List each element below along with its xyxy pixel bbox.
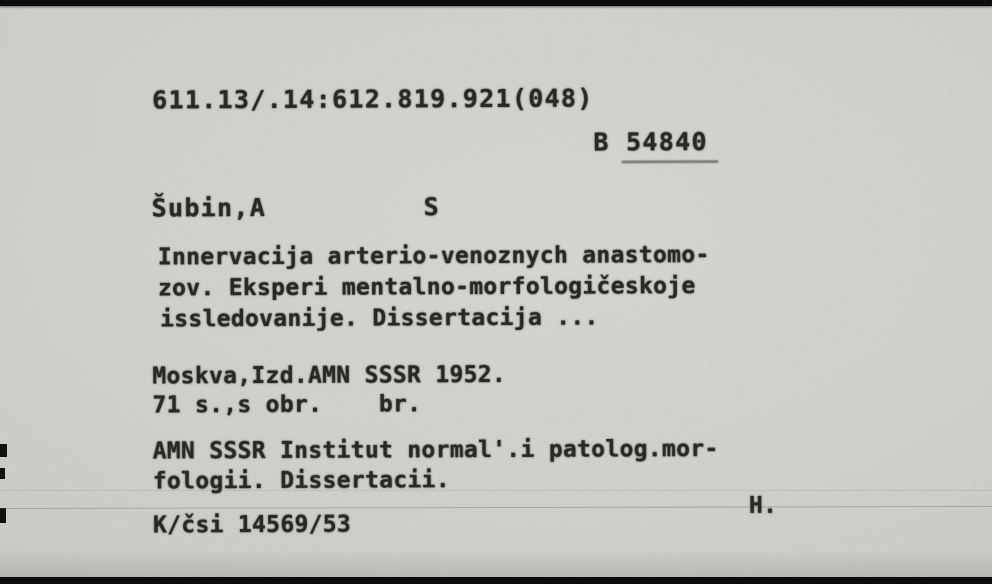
shelfmark-underline <box>621 160 718 163</box>
udc-classification-number: 611.13/.14:612.819.921(048) <box>152 84 594 115</box>
title-line: Innervacija arterio-venoznych anastomo- <box>158 242 710 270</box>
author-cutter-mark: S <box>424 192 440 221</box>
imprint-line: Moskva,Izd.AMN SSSR 1952. <box>152 362 506 390</box>
shelfmark: B 54840 <box>593 127 708 156</box>
cataloguer-initial: H. <box>749 493 777 519</box>
title-line: issledovanije. Dissertacija ... <box>160 305 599 333</box>
series-note-line: AMN SSSR Institut normal'.i patolog.mor- <box>153 436 719 464</box>
typewritten-text-layer: 611.13/.14:612.819.921(048) B 54840 Šubi… <box>0 0 992 584</box>
collation-line: 71 s.,s obr. br. <box>152 391 421 418</box>
title-line: zov. Eksperi mentalno-morfologičeskoje <box>158 273 696 301</box>
catalog-card-scan: 611.13/.14:612.819.921(048) B 54840 Šubi… <box>0 0 992 584</box>
call-number: K/čsi 14569/53 <box>153 512 351 539</box>
author-name: Šubin,A <box>152 193 267 222</box>
series-note-line: fologii. Dissertacii. <box>153 467 450 494</box>
